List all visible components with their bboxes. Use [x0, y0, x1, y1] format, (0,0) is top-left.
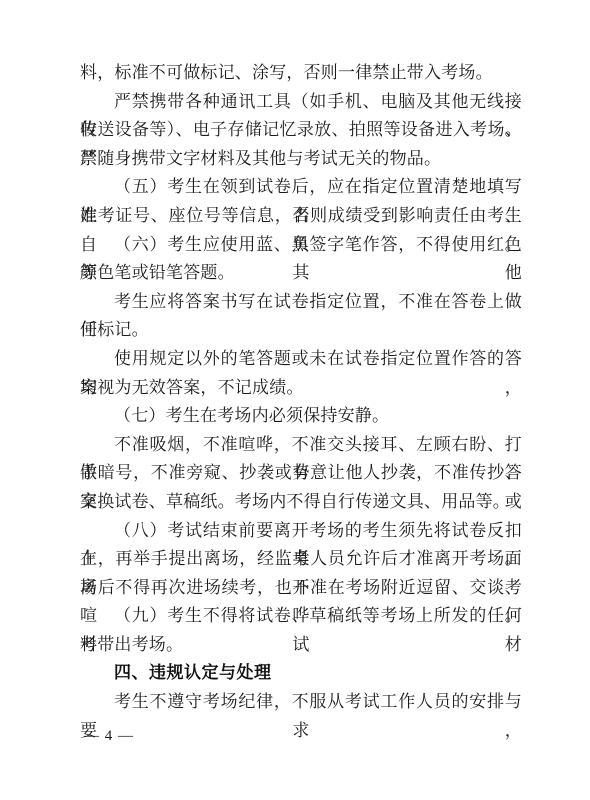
document-line: 交换试卷、草稿纸。考场内不得自行传递文具、用品等。 — [80, 488, 522, 517]
scanned-document-page: 料，标准不可做标记、涂写，否则一律禁止带入考场。严禁携带各种通讯工具（如手机、电… — [0, 0, 590, 800]
document-line: 使用规定以外的笔答题或未在试卷指定位置作答的答案， — [80, 345, 522, 374]
document-line: 场后不得再次进场续考，也不准在考场附近逗留、交谈、喧哗。 — [80, 574, 522, 603]
section-heading: 四、违规认定与处理 — [80, 659, 522, 688]
document-line: （九）考生不得将试卷、草稿纸等考场上所发的任何考试材 — [80, 602, 522, 631]
document-line: 严禁携带各种通讯工具（如手机、电脑及其他无线接收、 — [80, 88, 522, 117]
document-line: （八）考试结束前要离开考场的考生须先将试卷反扣在桌面 — [80, 517, 522, 546]
document-line: 考生不遵守考场纪律，不服从考试工作人员的安排与要求， — [80, 688, 522, 717]
document-line: （六）考生应使用蓝、黑签字笔作答，不得使用红色等其他 — [80, 231, 522, 260]
page-number: — 4 — — [84, 726, 134, 746]
document-line: 做暗号，不准旁窥、抄袭或有意让他人抄袭，不准传抄答案或 — [80, 459, 522, 488]
document-line: 何标记。 — [80, 316, 522, 345]
document-line: 准考证号、座位号等信息，否则成绩受到影响责任由考生自负。 — [80, 202, 522, 231]
document-line: 考生应将答案书写在试卷指定位置，不准在答卷上做任 — [80, 288, 522, 317]
document-line: （七）考生在考场内必须保持安静。 — [80, 402, 522, 431]
document-line: 上，再举手提出离场，经监考人员允许后才准离开考场。离开考 — [80, 545, 522, 574]
document-body: 料，标准不可做标记、涂写，否则一律禁止带入考场。严禁携带各种通讯工具（如手机、电… — [80, 59, 522, 717]
document-line: 不准吸烟，不准喧哗，不准交头接耳、左顾右盼、打手势、 — [80, 431, 522, 460]
document-line: 禁随身携带文字材料及其他与考试无关的物品。 — [80, 145, 522, 174]
document-line: 料，标准不可做标记、涂写，否则一律禁止带入考场。 — [80, 59, 522, 88]
document-line: 传送设备等）、电子存储记忆录放、拍照等设备进入考场。严 — [80, 116, 522, 145]
document-line: （五）考生在领到试卷后，应在指定位置清楚地填写姓名、 — [80, 173, 522, 202]
